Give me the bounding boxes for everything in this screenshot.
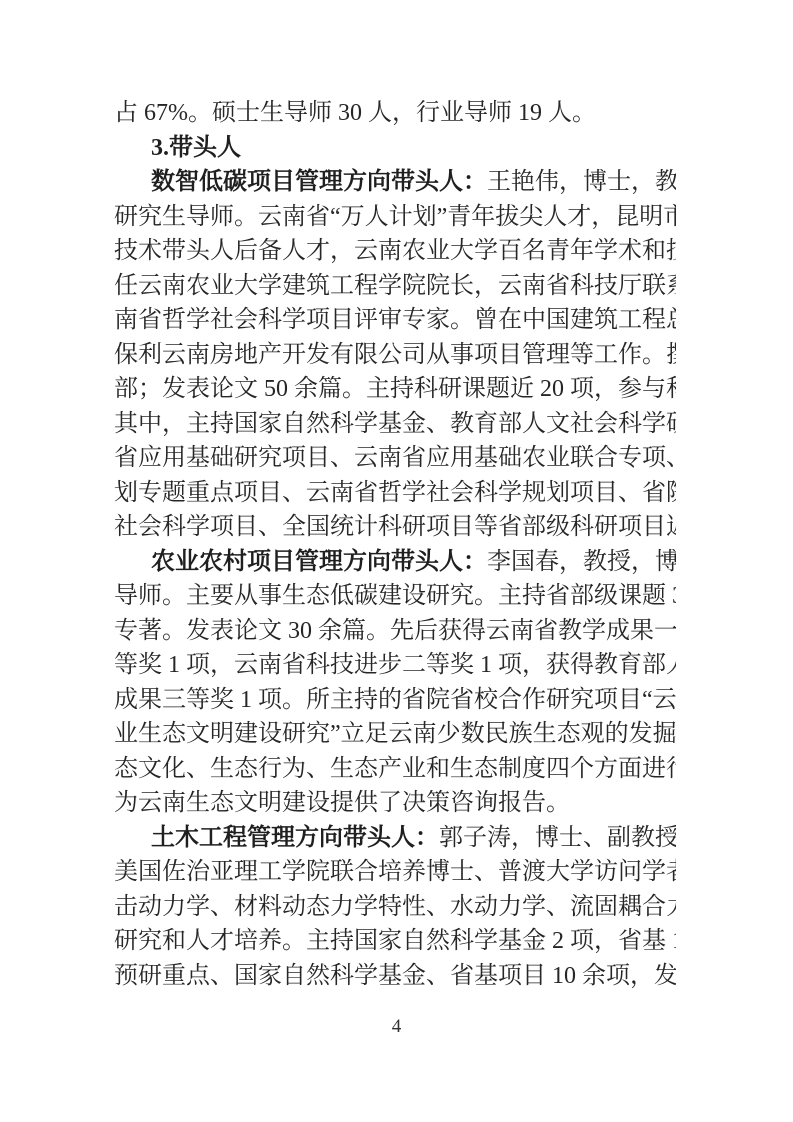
text-run: 美国佐治亚理工学院联合培养博士、普渡大学访问学者。长期从事冲 [114,859,676,885]
paragraph-lead-bold: 3.带头人 [151,135,241,161]
text-line: 农业农村项目管理方向带头人：李国春，教授，博士/硕士研究生 [114,545,676,580]
text-run: 李国春，教授，博士/硕士研究生 [487,549,676,575]
text-run: 部；发表论文 50 余篇。主持科研课题近 20 项，参与科研课题 12 项。 [114,376,676,402]
document-page: { "colors": { "background": "#ffffff", "… [0,0,793,1122]
text-line: 为云南生态文明建设提供了决策咨询报告。 [114,786,676,821]
text-line: 研究和人才培养。主持国家自然科学基金 2 项，省基 1 项，参与国防 [114,924,676,959]
text-line: 专著。发表论文 30 余篇。先后获得云南省教学成果一等奖 1 项、二 [114,614,676,649]
text-run: 专著。发表论文 30 余篇。先后获得云南省教学成果一等奖 1 项、二 [114,618,676,644]
text-run: 其中，主持国家自然科学基金、教育部人文社会科学研究项目、云南 [114,411,676,437]
text-line: 南省哲学社会科学项目评审专家。曾在中国建筑工程总公司南方公司、 [114,303,676,338]
text-line: 导师。主要从事生态低碳建设研究。主持省部级课题 3 项。出版 5 部 [114,579,676,614]
text-run: 王艳伟，博士，教授，博士/硕士 [487,169,676,195]
text-run: 研究生导师。云南省“万人计划”青年拔尖人才，昆明市中青年学术和 [114,204,676,230]
text-line: 态文化、生态行为、生态产业和生态制度四个方面进行了系统的研究， [114,752,676,787]
text-line: 美国佐治亚理工学院联合培养博士、普渡大学访问学者。长期从事冲 [114,855,676,890]
text-line: 业生态文明建设研究”立足云南少数民族生态观的发掘与利用，从生 [114,717,676,752]
document-body-text: 占 67%。硕士生导师 30 人，行业导师 19 人。3.带头人数智低碳项目管理… [114,96,676,993]
text-line: 等奖 1 项，云南省科技进步二等奖 1 项，获得教育部人文社科类科研 [114,648,676,683]
paragraph-lead-bold: 数智低碳项目管理方向带头人： [151,169,487,195]
text-run: 保利云南房地产开发有限公司从事项目管理等工作。撰写学术著作 6 [114,342,676,368]
text-line: 研究生导师。云南省“万人计划”青年拔尖人才，昆明市中青年学术和 [114,200,676,235]
text-line: 技术带头人后备人才，云南农业大学百名青年学术和技术带头人。现 [114,234,676,269]
paragraph-lead-bold: 土木工程管理方向带头人： [151,825,439,851]
text-run: 省应用基础研究项目、云南省应用基础农业联合专项、云南省社科规 [114,445,676,471]
text-run: 任云南农业大学建筑工程学院院长，云南省科技厅联系科技专家，云 [114,273,676,299]
text-run: 占 67%。硕士生导师 30 人，行业导师 19 人。 [114,100,596,126]
text-run: 等奖 1 项，云南省科技进步二等奖 1 项，获得教育部人文社科类科研 [114,652,676,678]
text-line: 成果三等奖 1 项。所主持的省院省校合作研究项目“云南高原特色农 [114,683,676,718]
text-line: 保利云南房地产开发有限公司从事项目管理等工作。撰写学术著作 6 [114,338,676,373]
text-run: 击动力学、材料动态力学特性、水动力学、流固耦合力学理论、技术 [114,894,676,920]
text-line: 击动力学、材料动态力学特性、水动力学、流固耦合力学理论、技术 [114,890,676,925]
text-run: 态文化、生态行为、生态产业和生态制度四个方面进行了系统的研究， [114,756,676,782]
text-line: 省应用基础研究项目、云南省应用基础农业联合专项、云南省社科规 [114,441,676,476]
text-run: 技术带头人后备人才，云南农业大学百名青年学术和技术带头人。现 [114,238,676,264]
text-run: 社会科学项目、全国统计科研项目等省部级科研项目近 10 项。 [114,514,676,540]
text-run: 研究和人才培养。主持国家自然科学基金 2 项，省基 1 项，参与国防 [114,928,676,954]
text-run: 为云南生态文明建设提供了决策咨询报告。 [114,790,570,816]
section-heading: 3.带头人 [114,131,676,166]
text-run: 郭子涛，博士、副教授、硕士生导师， [439,825,676,851]
text-line: 土木工程管理方向带头人：郭子涛，博士、副教授、硕士生导师， [114,821,676,856]
paragraph-lead-bold: 农业农村项目管理方向带头人： [151,549,487,575]
text-line: 部；发表论文 50 余篇。主持科研课题近 20 项，参与科研课题 12 项。 [114,372,676,407]
text-line: 划专题重点项目、云南省哲学社会科学规划项目、省院省校合作人文 [114,476,676,511]
text-line: 任云南农业大学建筑工程学院院长，云南省科技厅联系科技专家，云 [114,269,676,304]
text-line: 预研重点、国家自然科学基金、省基项目 10 余项，发表 SCI、EI 论 [114,959,676,994]
text-line: 数智低碳项目管理方向带头人：王艳伟，博士，教授，博士/硕士 [114,165,676,200]
text-run: 导师。主要从事生态低碳建设研究。主持省部级课题 3 项。出版 5 部 [114,583,676,609]
text-line: 占 67%。硕士生导师 30 人，行业导师 19 人。 [114,96,676,131]
page-canvas: 占 67%。硕士生导师 30 人，行业导师 19 人。3.带头人数智低碳项目管理… [0,0,793,1122]
text-run: 预研重点、国家自然科学基金、省基项目 10 余项，发表 SCI、EI 论 [114,963,676,989]
text-line: 社会科学项目、全国统计科研项目等省部级科研项目近 10 项。 [114,510,676,545]
text-run: 划专题重点项目、云南省哲学社会科学规划项目、省院省校合作人文 [114,480,676,506]
text-run: 南省哲学社会科学项目评审专家。曾在中国建筑工程总公司南方公司、 [114,307,676,333]
page-number: 4 [0,1016,793,1038]
text-run: 业生态文明建设研究”立足云南少数民族生态观的发掘与利用，从生 [114,721,676,747]
text-run: 成果三等奖 1 项。所主持的省院省校合作研究项目“云南高原特色农 [114,687,676,713]
text-line: 其中，主持国家自然科学基金、教育部人文社会科学研究项目、云南 [114,407,676,442]
